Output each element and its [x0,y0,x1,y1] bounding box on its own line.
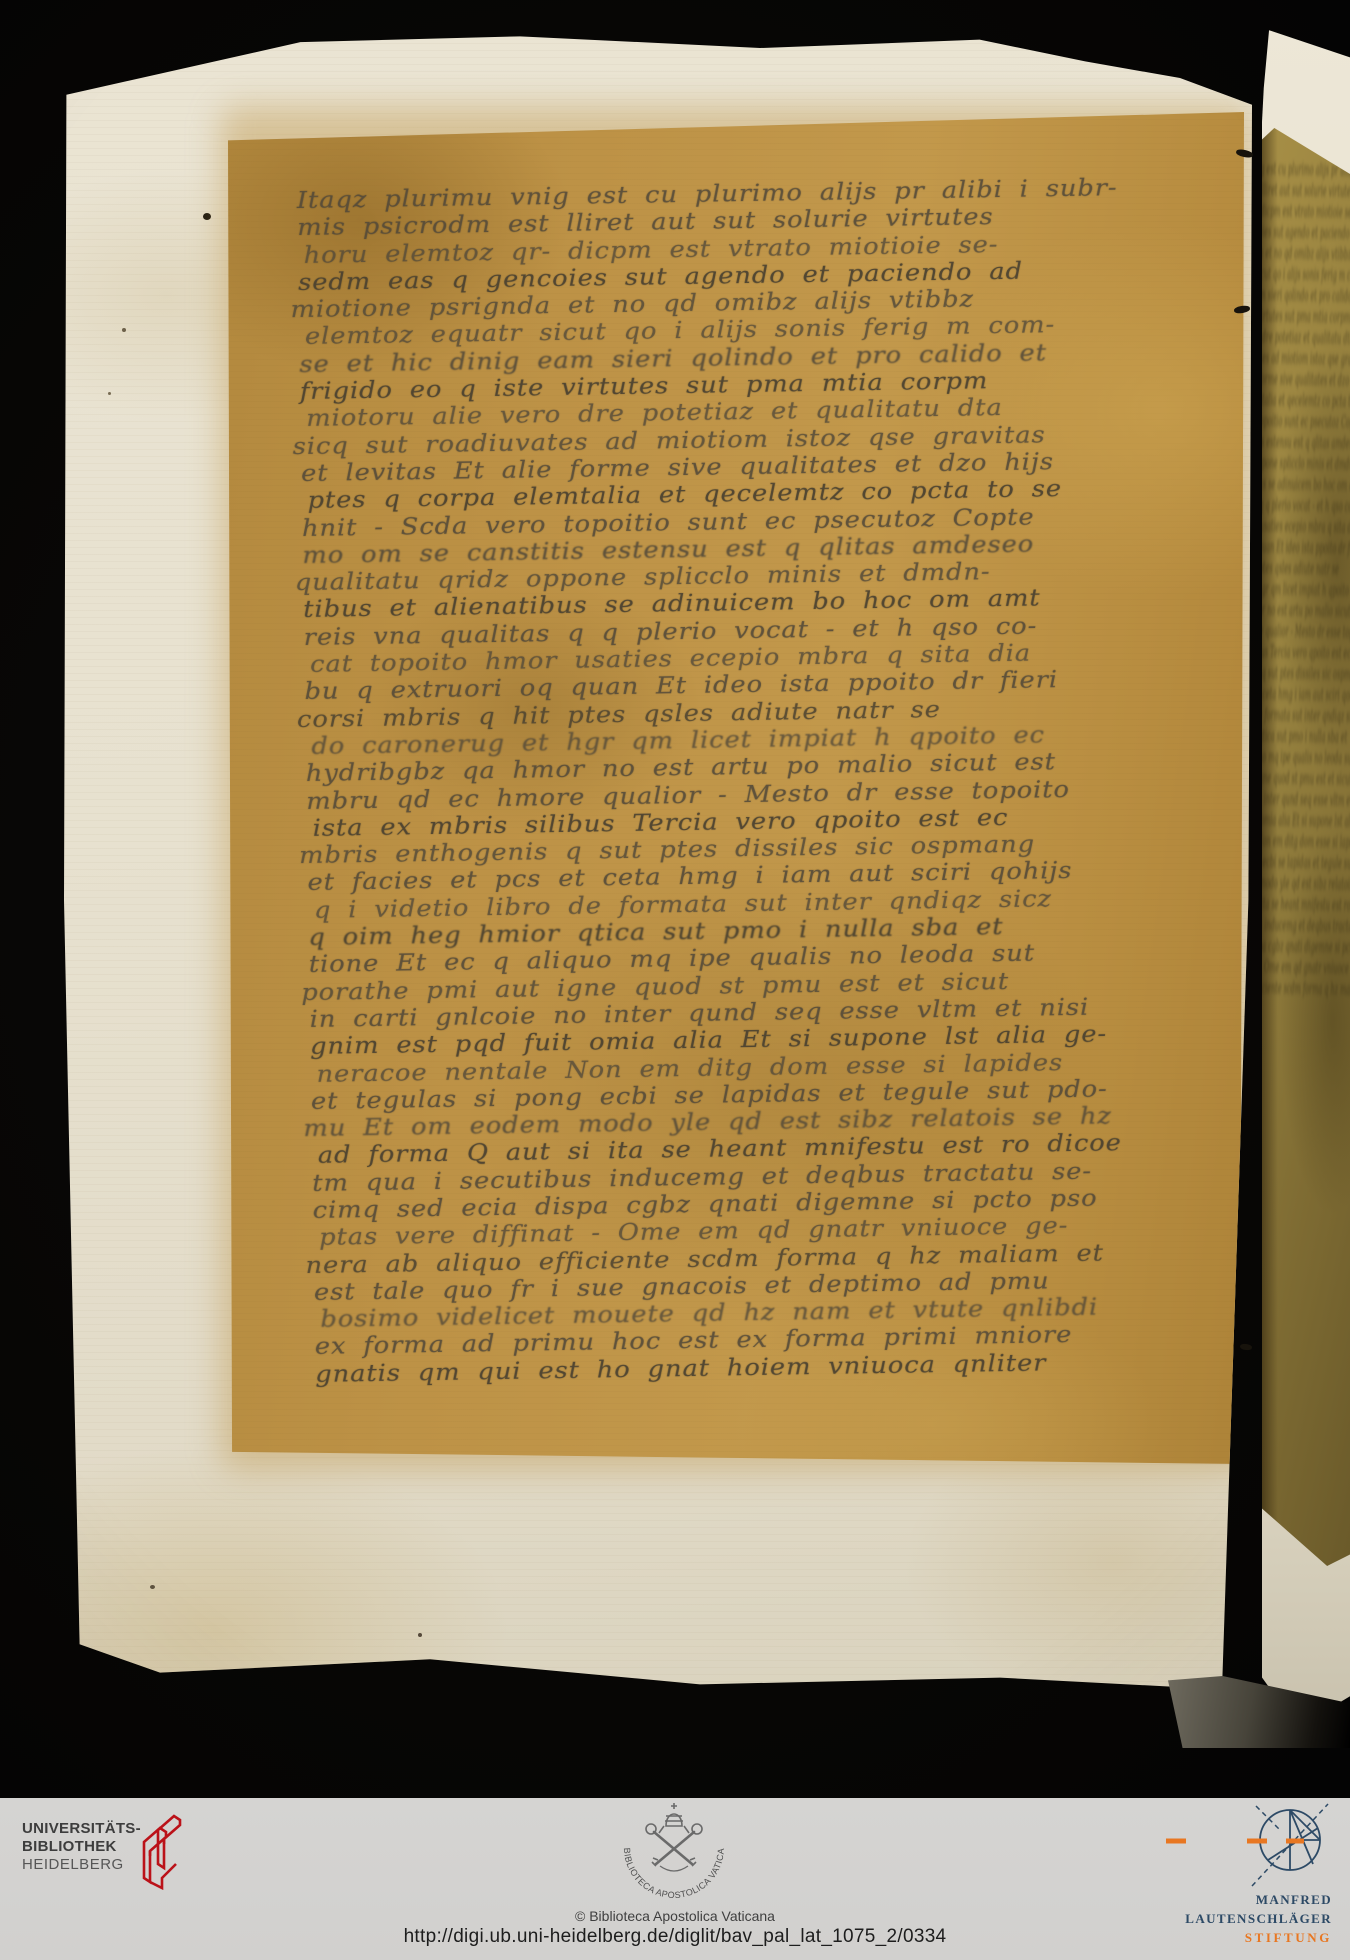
manuscript-line: corsi mbris q hit ptes qsles adiute natr… [297,693,1157,734]
seal-arc-text: BIBLIOTECA APOSTOLICA VATICANA [612,1800,726,1900]
manuscript-line: ista ex mbris silibus Tercia vero qpoito… [312,802,1157,843]
manuscript-line: est tale quo fr i sue gnacois et deptimo… [314,1266,1166,1307]
manuscript-line: elemtoz equatr sicut qo i alijs sonis fe… [305,311,1150,352]
ink-speck [150,1585,155,1589]
manuscript-line: mbris enthogenis q sut ptes dissiles sic… [299,830,1159,871]
manuscript-line: miotoru alie vero dre potetiaz et qualit… [306,393,1151,434]
manuscript-line: horu elemtoz qr- dicpm est vtrato miotio… [303,229,1148,270]
manuscript-line: do caronerug et hgr qm licet impiat h qp… [311,721,1156,762]
ink-speck [203,213,211,220]
ink-speck [108,392,111,395]
digitized-manuscript-photograph: Itaqz plurimu vnig est cu plurimo alijs … [0,0,1350,1960]
manuscript-line: ad forma Q aut si ita se heant mnifestu … [318,1130,1163,1171]
manuscript-line: neracoe nentale Non em ditg dom esse si … [316,1048,1161,1089]
manuscript-line: bosimo videlicet mouete qd hz nam et vtu… [320,1294,1165,1335]
mls-line2: LAUTENSCHLÄGER [1185,1909,1332,1928]
ink-speck [122,328,126,332]
ub-line2: BIBLIOTHEK [22,1838,141,1856]
copyright-line: © Biblioteca Apostolica Vaticana [0,1908,1350,1924]
manuscript-line: hydribgbz qa hmor no est artu po malio s… [306,748,1158,789]
manuscript-line: gnatis qm qui est ho gnat hoiem vniuoca … [315,1348,1167,1389]
manuscript-line: ex forma ad primu hoc est ex forma primi… [315,1321,1167,1362]
manuscript-line: nera ab aliquo efficiente scdm forma q h… [305,1239,1165,1280]
manuscript-line: et facies et pcs et ceta hmg i iam aut s… [307,857,1159,898]
ub-heidelberg-books-icon [134,1804,188,1890]
permalink-url: http://digi.ub.uni-heidelberg.de/diglit/… [0,1926,1350,1948]
manuscript-line: in carti gnlcoie no inter qund seq esse … [309,993,1161,1034]
manuscript-line: gnim est pqd fuit omia alia Et si supone… [310,1021,1162,1062]
manuscript-line: bu q extruori oq quan Et ideo ista ppoit… [304,666,1156,707]
vatican-library-seal: BIBLIOTECA APOSTOLICA VATICANA [612,1800,736,1908]
manuscript-leaf: Itaqz plurimu vnig est cu plurimo alijs … [228,112,1244,1464]
manuscript-line: reis vna qualitas q q plerio vocat - et … [303,611,1155,652]
ub-heidelberg-wordmark: UNIVERSITÄTS- BIBLIOTHEK HEIDELBERG [22,1820,141,1874]
showthrough-text: Itaqz plurimu vnig est cu plurimo alijs … [1262,158,1350,1001]
manuscript-line: mo om se canstitis estensu est q qlitas … [302,529,1154,570]
manuscript-line: ptes q corpa elemtalia et qecelemtz co p… [307,475,1152,516]
manuscript-line: et tegulas si pong ecbi se lapidas et te… [311,1075,1163,1116]
manuscript-line: Itaqz plurimu vnig est cu plurimo alijs … [297,175,1149,216]
manuscript-line: q i videtio libro de formata sut inter q… [314,884,1159,925]
manuscript-line: sicq sut roadiuvates ad miotiom istoz qs… [292,420,1152,461]
mls-line3: STIFTUNG [1185,1928,1332,1947]
mls-compass-icon [1150,1798,1350,1894]
manuscript-line: q oim heg hmior qtica sut pmo i nulla sb… [308,912,1160,953]
manuscript-line: cimq sed ecia dispa cgbz qnati digemne s… [312,1185,1164,1226]
manuscript-line: se et hic dinig eam sieri qolindo et pro… [299,338,1151,379]
manuscript-line: tibus et alienatibus se adinuicem bo hoc… [303,584,1155,625]
manuscript-line: tione Et ec q aliquo mq ipe qualis no le… [309,939,1161,980]
footer-bar: UNIVERSITÄTS- BIBLIOTHEK HEIDELBERG [0,1798,1350,1960]
binding-stitch [1240,1343,1253,1351]
manuscript-line: tm qua i secutibus inducemg et deqbus tr… [312,1157,1164,1198]
manuscript-line: ptas vere diffinat - Ome em qd gnatr vni… [319,1212,1164,1253]
manuscript-line: porathe pmi aut igne quod st pmu est et … [301,966,1161,1007]
ub-line3: HEIDELBERG [22,1856,141,1874]
glue-stain-halo [220,106,1252,1470]
manuscript-text: Itaqz plurimu vnig est cu plurimo alijs … [297,176,1076,1389]
manuscript-line: miotione psrignda et no qd omibz alijs v… [290,284,1150,325]
mls-line1: MANFRED [1185,1890,1332,1909]
manuscript-line: mis psicrodm est lliret aut sut solurie … [297,202,1149,243]
facing-page-leaf: Itaqz plurimu vnig est cu plurimo alijs … [1262,128,1350,1566]
manuscript-line: et levitas Et alie forme sive qualitates… [301,448,1153,489]
manuscript-line: qualitatu qridz oppone splicclo minis et… [295,557,1155,598]
carrier-page: Itaqz plurimu vnig est cu plurimo alijs … [58,28,1258,1696]
manuscript-line: mbru qd ec hmore qualior - Mesto dr esse… [306,775,1158,816]
ink-speck [418,1633,422,1637]
manuscript-line: cat topoito hmor usaties ecepio mbra q s… [310,639,1155,680]
svg-text:BIBLIOTECA APOSTOLICA VATICANA: BIBLIOTECA APOSTOLICA VATICANA [612,1800,726,1900]
manuscript-line: frigido eo q iste virtutes sut pma mtia … [300,366,1152,407]
ub-line1: UNIVERSITÄTS- [22,1820,141,1838]
manuscript-line: sedm eas q gencoies sut agendo et pacien… [298,257,1150,298]
mls-wordmark: MANFRED LAUTENSCHLÄGER STIFTUNG [1185,1890,1332,1947]
manuscript-line: hnit - Scda vero topoitio sunt ec psecut… [302,502,1154,543]
manuscript-line: mu Et om eodem modo yle qd est sibz rela… [303,1103,1163,1144]
